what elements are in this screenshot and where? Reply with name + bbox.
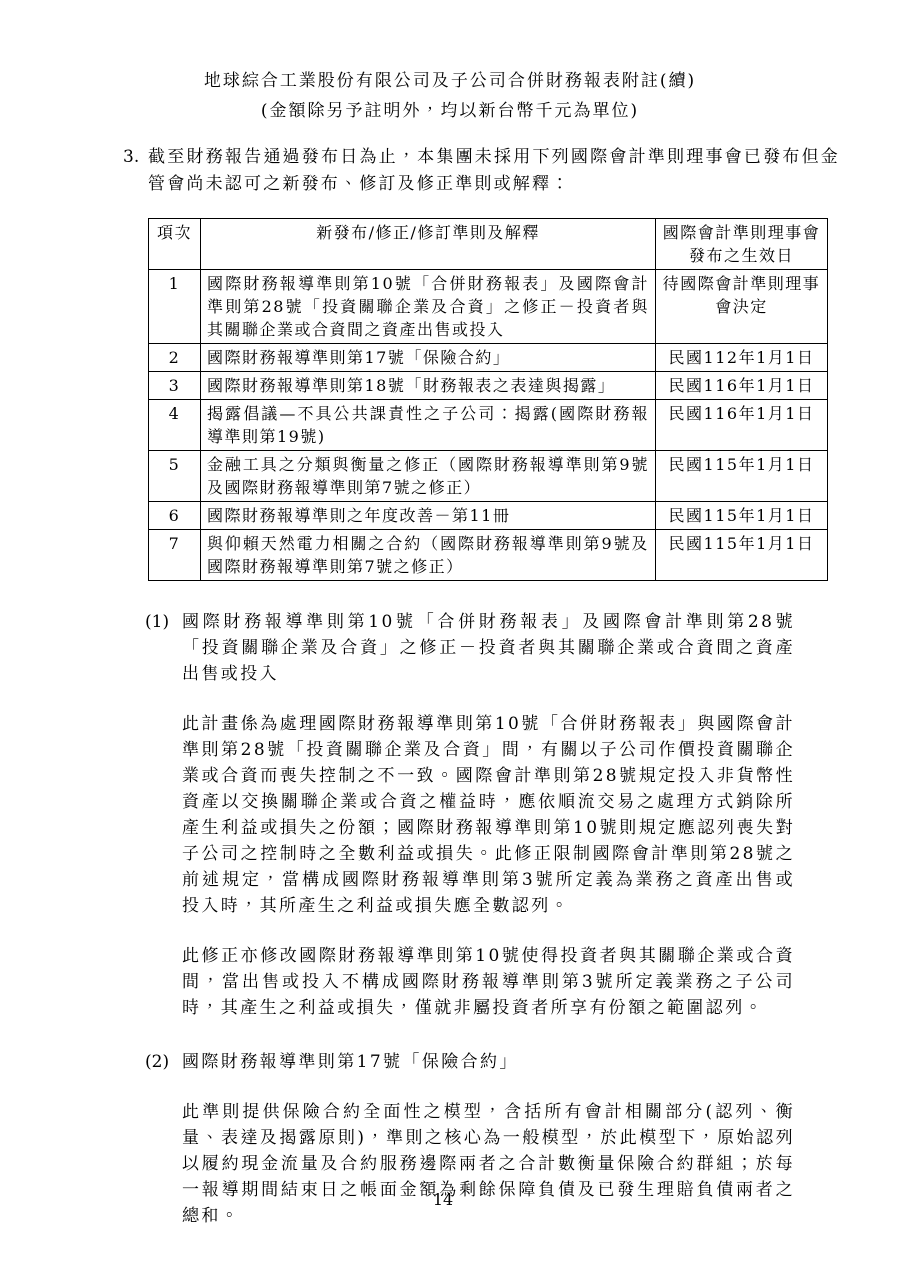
row-effective-date: 民國115年1月1日 — [656, 502, 828, 530]
table-row: 5 金融工具之分類與衡量之修正（國際財務報導準則第9號及國際財務報導準則第7號之… — [149, 451, 828, 502]
row-effective-date: 待國際會計準則理事會決定 — [656, 270, 828, 344]
doc-title: 地球綜合工業股份有限公司及子公司合併財務報表附註(續) — [0, 66, 900, 96]
row-item-no: 6 — [149, 502, 201, 530]
subsection-number: (2) — [145, 1049, 182, 1075]
row-item-no: 5 — [149, 451, 201, 502]
subsection-heading: (2) 國際財務報導準則第17號「保險合約」 — [145, 1049, 795, 1075]
row-effective-date: 民國112年1月1日 — [656, 344, 828, 372]
row-standard-desc: 國際財務報導準則第17號「保險合約」 — [201, 344, 656, 372]
section-3: 3. 截至財務報告通過發布日為止，本集團未採用下列國際會計準則理事會已發布但金管… — [123, 144, 840, 198]
row-effective-date: 民國116年1月1日 — [656, 372, 828, 400]
table-row: 6 國際財務報導準則之年度改善－第11冊 民國115年1月1日 — [149, 502, 828, 530]
table-row: 1 國際財務報導準則第10號「合併財務報表」及國際會計準則第28號「投資關聯企業… — [149, 270, 828, 344]
row-standard-desc: 揭露倡議—不具公共課責性之子公司：揭露(國際財務報導準則第19號) — [201, 400, 656, 451]
subsection-paragraph: 此計畫係為處理國際財務報導準則第10號「合併財務報表」與國際會計準則第28號「投… — [182, 711, 795, 919]
col-header-standard: 新發布/修正/修訂準則及解釋 — [201, 219, 656, 270]
subsection-heading: (1) 國際財務報導準則第10號「合併財務報表」及國際會計準則第28號「投資關聯… — [145, 609, 795, 687]
table-row: 2 國際財務報導準則第17號「保險合約」 民國112年1月1日 — [149, 344, 828, 372]
row-item-no: 1 — [149, 270, 201, 344]
row-item-no: 3 — [149, 372, 201, 400]
subsection-heading-text: 國際財務報導準則第10號「合併財務報表」及國際會計準則第28號「投資關聯企業及合… — [182, 609, 795, 687]
subsections: (1) 國際財務報導準則第10號「合併財務報表」及國際會計準則第28號「投資關聯… — [145, 609, 795, 1229]
document-header: 地球綜合工業股份有限公司及子公司合併財務報表附註(續) (金額除另予註明外，均以… — [0, 0, 900, 126]
row-standard-desc: 國際財務報導準則第18號「財務報表之表達與揭露」 — [201, 372, 656, 400]
row-effective-date: 民國116年1月1日 — [656, 400, 828, 451]
table-row: 7 與仰賴天然電力相關之合約（國際財務報導準則第9號及國際財務報導準則第7號之修… — [149, 530, 828, 581]
row-standard-desc: 金融工具之分類與衡量之修正（國際財務報導準則第9號及國際財務報導準則第7號之修正… — [201, 451, 656, 502]
subsection-paragraph: 此準則提供保險合約全面性之模型，含括所有會計相關部分(認列、衡量、表達及揭露原則… — [182, 1099, 795, 1229]
standards-table-header: 項次 新發布/修正/修訂準則及解釋 國際會計準則理事會發布之生效日 — [149, 219, 828, 270]
subsection-paragraph: 此修正亦修改國際財務報導準則第10號使得投資者與其關聯企業或合資間，當出售或投入… — [182, 943, 795, 1021]
row-standard-desc: 國際財務報導準則之年度改善－第11冊 — [201, 502, 656, 530]
table-row: 4 揭露倡議—不具公共課責性之子公司：揭露(國際財務報導準則第19號) 民國11… — [149, 400, 828, 451]
subsection-heading-text: 國際財務報導準則第17號「保險合約」 — [182, 1049, 519, 1075]
section-3-number: 3. — [123, 144, 148, 198]
subsection-number: (1) — [145, 609, 182, 687]
section-3-text: 截至財務報告通過發布日為止，本集團未採用下列國際會計準則理事會已發布但金管會尚未… — [148, 144, 840, 198]
col-header-effective-date: 國際會計準則理事會發布之生效日 — [656, 219, 828, 270]
subsection: (1) 國際財務報導準則第10號「合併財務報表」及國際會計準則第28號「投資關聯… — [145, 609, 795, 1021]
document-page: 地球綜合工業股份有限公司及子公司合併財務報表附註(續) (金額除另予註明外，均以… — [0, 0, 900, 1273]
row-item-no: 4 — [149, 400, 201, 451]
standards-table-body: 1 國際財務報導準則第10號「合併財務報表」及國際會計準則第28號「投資關聯企業… — [149, 270, 828, 581]
row-standard-desc: 與仰賴天然電力相關之合約（國際財務報導準則第9號及國際財務報導準則第7號之修正） — [201, 530, 656, 581]
page-number: 14 — [0, 1190, 886, 1209]
row-standard-desc: 國際財務報導準則第10號「合併財務報表」及國際會計準則第28號「投資關聯企業及合… — [201, 270, 656, 344]
doc-subtitle: (金額除另予註明外，均以新台幣千元為單位) — [0, 96, 900, 126]
row-item-no: 7 — [149, 530, 201, 581]
row-effective-date: 民國115年1月1日 — [656, 451, 828, 502]
row-item-no: 2 — [149, 344, 201, 372]
col-header-item-no: 項次 — [149, 219, 201, 270]
standards-table: 項次 新發布/修正/修訂準則及解釋 國際會計準則理事會發布之生效日 1 國際財務… — [148, 218, 828, 581]
table-row: 3 國際財務報導準則第18號「財務報表之表達與揭露」 民國116年1月1日 — [149, 372, 828, 400]
row-effective-date: 民國115年1月1日 — [656, 530, 828, 581]
